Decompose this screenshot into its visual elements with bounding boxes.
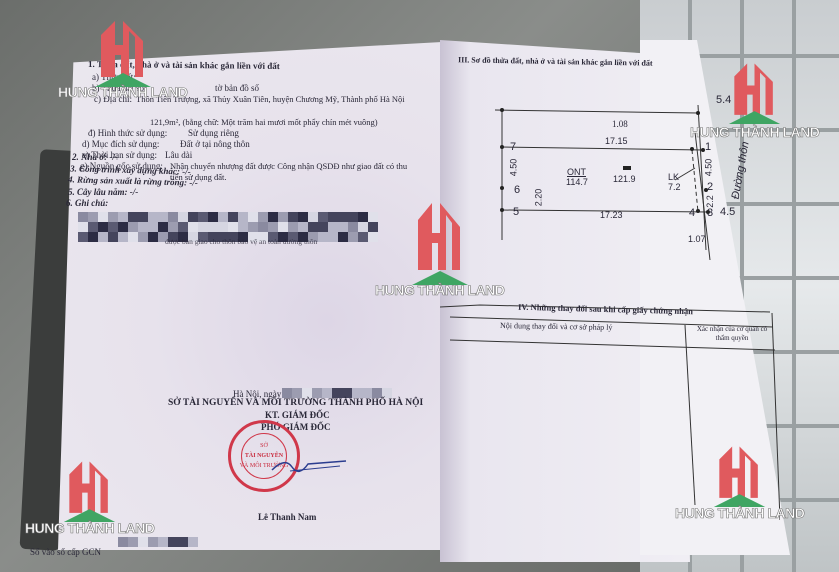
- point-1: 1: [705, 142, 711, 153]
- item-notes: 6. Ghi chú:: [66, 198, 108, 209]
- dim-right-lower: 2.2: [705, 195, 716, 208]
- kt-director: KT. GIÁM ĐỐC: [265, 410, 330, 421]
- issuing-authority: SỞ TÀI NGUYÊN VÀ MÔI TRƯỜNG THÀNH PHỐ HÀ…: [168, 398, 423, 409]
- dim-top: 17.15: [605, 136, 628, 147]
- registry-label: Số vào sổ cấp GCN: [30, 547, 101, 558]
- dim-road-bottom: 4.5: [720, 207, 735, 218]
- note-tail: được bàn giao cho thôn bảo vệ an toàn đư…: [165, 236, 317, 247]
- dim-bottom-right: 1.07: [688, 234, 706, 245]
- signature: [270, 455, 350, 475]
- col-header-confirmation: Xác nhận của cơ quan có thẩm quyền: [692, 325, 772, 343]
- dim-bottom: 17.23: [600, 210, 623, 221]
- term-value: Lâu dài: [165, 150, 192, 161]
- dim-top-right: 1.08: [612, 119, 628, 130]
- ht-logo-icon: [93, 15, 153, 87]
- ht-logo-icon: [62, 455, 117, 523]
- ht-logo-icon: [410, 195, 470, 285]
- redacted-date: [282, 388, 392, 398]
- col-header-changes: Nội dung thay đổi và cơ sở pháp lý: [500, 320, 613, 333]
- total-area: 121.9: [613, 174, 636, 185]
- watermark-bottom-left: HUNG THÀNH LAND: [25, 455, 154, 536]
- watermark-center: HUNG THÀNH LAND: [375, 195, 504, 298]
- dim-left-lower: 2.20: [533, 189, 544, 207]
- point-3: 3: [707, 208, 713, 219]
- area-value: 121,9m², (bằng chữ: Một trăm hai mươi mố…: [150, 117, 378, 128]
- point-4: 4: [689, 208, 695, 219]
- purpose-value: Đất ở tại nông thôn: [180, 139, 250, 150]
- watermark-bottom-right: HUNG THÀNH LAND: [675, 440, 804, 521]
- origin-value: Nhận chuyển nhượng đất được Công nhận QS…: [170, 161, 415, 183]
- ont-area: 114.7: [566, 177, 588, 188]
- ht-logo-icon: [727, 55, 782, 127]
- item-house: 2. Nhà ở: -/-: [72, 152, 118, 163]
- point-2: 2: [707, 182, 713, 193]
- signer-name: Lê Thanh Nam: [258, 512, 316, 523]
- redacted-registry-number: [118, 537, 198, 551]
- purpose-label: d) Mục đích sử dụng:: [82, 139, 159, 150]
- dim-left-upper: 4.50: [508, 159, 519, 177]
- point-7: 7: [510, 142, 516, 153]
- map-sheet-label: tờ bản đồ số: [215, 83, 259, 94]
- lk-area: 7.2: [668, 182, 681, 193]
- item-perennial-trees: 5. Cây lâu năm: -/-: [68, 187, 138, 198]
- point-5: 5: [513, 207, 519, 218]
- ht-logo-icon: [712, 440, 767, 508]
- dim-right-upper: 4.50: [703, 159, 714, 177]
- watermark-top-right: HUNG THÀNH LAND: [690, 55, 819, 140]
- point-6: 6: [514, 185, 520, 196]
- watermark-top-left: HUNG THÀNH LAND: [58, 15, 187, 100]
- usage-form-label: đ) Hình thức sử dụng:: [88, 128, 167, 139]
- usage-form-value: Sử dụng riêng: [188, 128, 239, 139]
